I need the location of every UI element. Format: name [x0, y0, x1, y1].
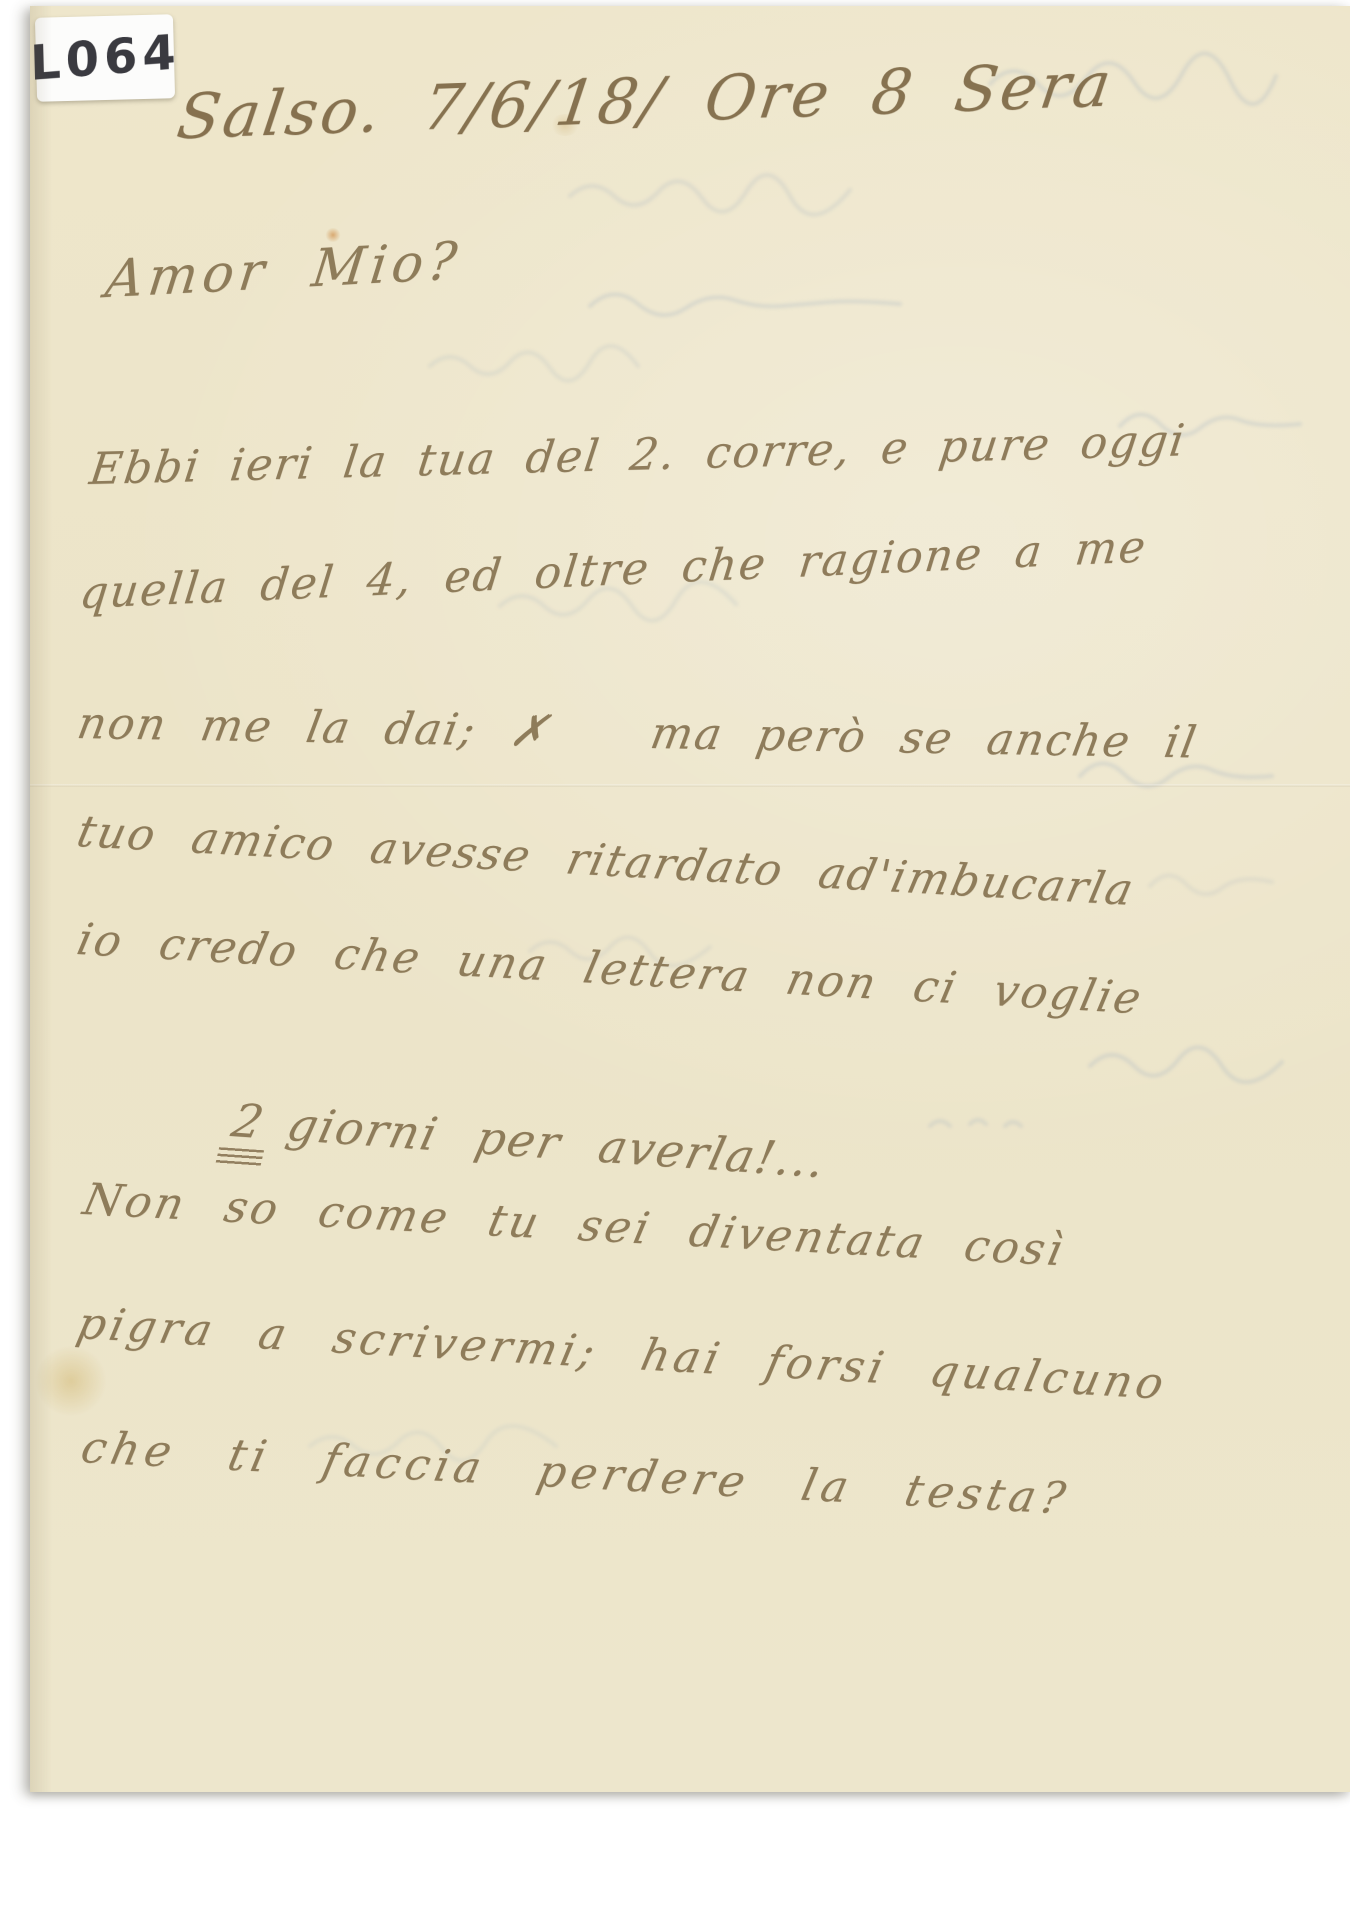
underlined-number: 2: [223, 1093, 274, 1149]
archive-label: L064: [35, 14, 175, 102]
letter-line: Ebbi ieri la tua del 2. corre, e pure og…: [87, 415, 1190, 495]
letter-line: quella del 4, ed oltre che ragione a me: [77, 521, 1150, 619]
scanned-letter-page: L064 Salso. 7/6/18/ Ore 8 Sera Amor Mio?…: [30, 6, 1350, 1792]
archive-label-text: L064: [29, 24, 181, 92]
salutation: Amor Mio?: [102, 231, 465, 310]
dateline: Salso. 7/6/18/ Ore 8 Sera: [173, 47, 1118, 153]
letter-line: tuo amico avesse ritardato ad'imbucarla: [73, 806, 1140, 916]
letter-line: pigra a scrivermi; hai forsi qualcuno: [73, 1298, 1173, 1409]
letter-line-text: giorni per averla!...: [282, 1097, 832, 1188]
letter-line: che ti faccia perdere la testa?: [77, 1422, 1075, 1524]
letter-line: non me la dai; ✗ ma però se anche il: [74, 698, 1202, 768]
fold-crease: [30, 784, 1350, 787]
paper-stain: [34, 1346, 108, 1416]
letter-line: io credo che una lettera non ci voglie: [73, 914, 1148, 1024]
